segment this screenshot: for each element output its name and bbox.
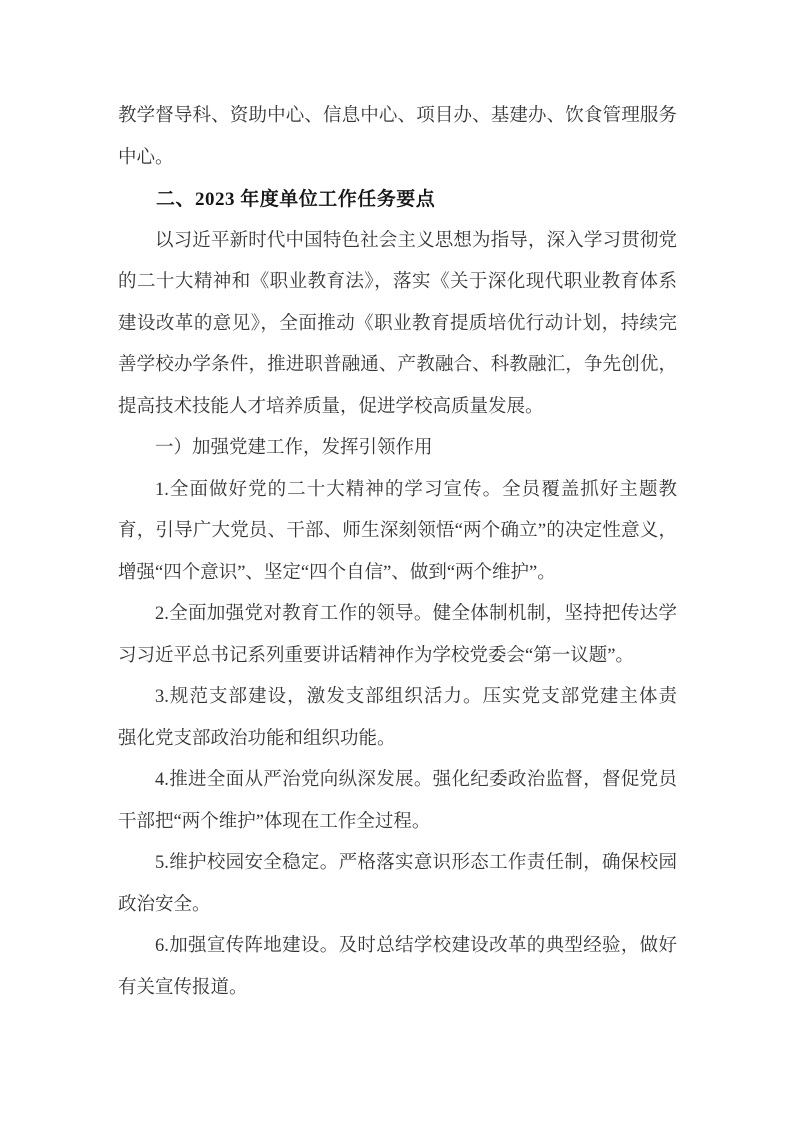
text-line: 强化党支部政治功能和组织功能。 bbox=[118, 719, 677, 761]
text-line: 5.维护校园安全稳定。严格落实意识形态工作责任制，确保校园 bbox=[118, 843, 677, 885]
paragraph-intro: 以习近平新时代中国特色社会主义思想为指导，深入学习贯彻党 的二十大精神和《职业教… bbox=[118, 221, 677, 429]
text-line: 善学校办学条件，推进职普融通、产教融合、科教融汇，争先创优， bbox=[118, 345, 677, 387]
text-line: 4.推进全面从严治党向纵深发展。强化纪委政治监督，督促党员 bbox=[118, 760, 677, 802]
paragraph-continuation: 教学督导科、资助中心、信息中心、项目办、基建办、饮食管理服务 中心。 bbox=[118, 96, 677, 179]
paragraph-item-4: 4.推进全面从严治党向纵深发展。强化纪委政治监督，督促党员 干部把“两个维护”体… bbox=[118, 760, 677, 843]
text-line: 3.规范支部建设，激发支部组织活力。压实党支部党建主体责任， bbox=[118, 677, 677, 719]
paragraph-subheading: 一）加强党建工作，发挥引领作用 bbox=[118, 428, 677, 470]
text-line: 中心。 bbox=[118, 138, 677, 180]
text-line: 政治安全。 bbox=[118, 885, 677, 927]
subsection-heading: 一）加强党建工作，发挥引领作用 bbox=[118, 428, 677, 470]
paragraph-heading: 二、2023 年度单位工作任务要点 bbox=[118, 179, 677, 221]
text-line: 有关宣传报道。 bbox=[118, 968, 677, 1010]
paragraph-item-1: 1.全面做好党的二十大精神的学习宣传。全员覆盖抓好主题教 育，引导广大党员、干部… bbox=[118, 470, 677, 595]
text-line: 2.全面加强党对教育工作的领导。健全体制机制，坚持把传达学 bbox=[118, 594, 677, 636]
text-line: 提高技术技能人才培养质量，促进学校高质量发展。 bbox=[118, 387, 677, 429]
section-heading: 二、2023 年度单位工作任务要点 bbox=[118, 179, 677, 221]
text-line: 增强“四个意识”、坚定“四个自信”、做到“两个维护”。 bbox=[118, 553, 677, 595]
text-line: 干部把“两个维护”体现在工作全过程。 bbox=[118, 802, 677, 844]
text-line: 的二十大精神和《职业教育法》，落实《关于深化现代职业教育体系 bbox=[118, 262, 677, 304]
paragraph-item-6: 6.加强宣传阵地建设。及时总结学校建设改革的典型经验，做好 有关宣传报道。 bbox=[118, 926, 677, 1009]
text-line: 建设改革的意见》，全面推动《职业教育提质培优行动计划，持续完 bbox=[118, 304, 677, 346]
document-body: 教学督导科、资助中心、信息中心、项目办、基建办、饮食管理服务 中心。 二、202… bbox=[118, 96, 677, 1009]
text-line: 习习近平总书记系列重要讲话精神作为学校党委会“第一议题”。 bbox=[118, 636, 677, 678]
text-line: 教学督导科、资助中心、信息中心、项目办、基建办、饮食管理服务 bbox=[118, 96, 677, 138]
text-line: 1.全面做好党的二十大精神的学习宣传。全员覆盖抓好主题教 bbox=[118, 470, 677, 512]
text-line: 育，引导广大党员、干部、师生深刻领悟“两个确立”的决定性意义， bbox=[118, 511, 677, 553]
document-page: 教学督导科、资助中心、信息中心、项目办、基建办、饮食管理服务 中心。 二、202… bbox=[0, 0, 794, 1123]
paragraph-item-2: 2.全面加强党对教育工作的领导。健全体制机制，坚持把传达学 习习近平总书记系列重… bbox=[118, 594, 677, 677]
text-line: 6.加强宣传阵地建设。及时总结学校建设改革的典型经验，做好 bbox=[118, 926, 677, 968]
paragraph-item-3: 3.规范支部建设，激发支部组织活力。压实党支部党建主体责任， 强化党支部政治功能… bbox=[118, 677, 677, 760]
paragraph-item-5: 5.维护校园安全稳定。严格落实意识形态工作责任制，确保校园 政治安全。 bbox=[118, 843, 677, 926]
text-line: 以习近平新时代中国特色社会主义思想为指导，深入学习贯彻党 bbox=[118, 221, 677, 263]
